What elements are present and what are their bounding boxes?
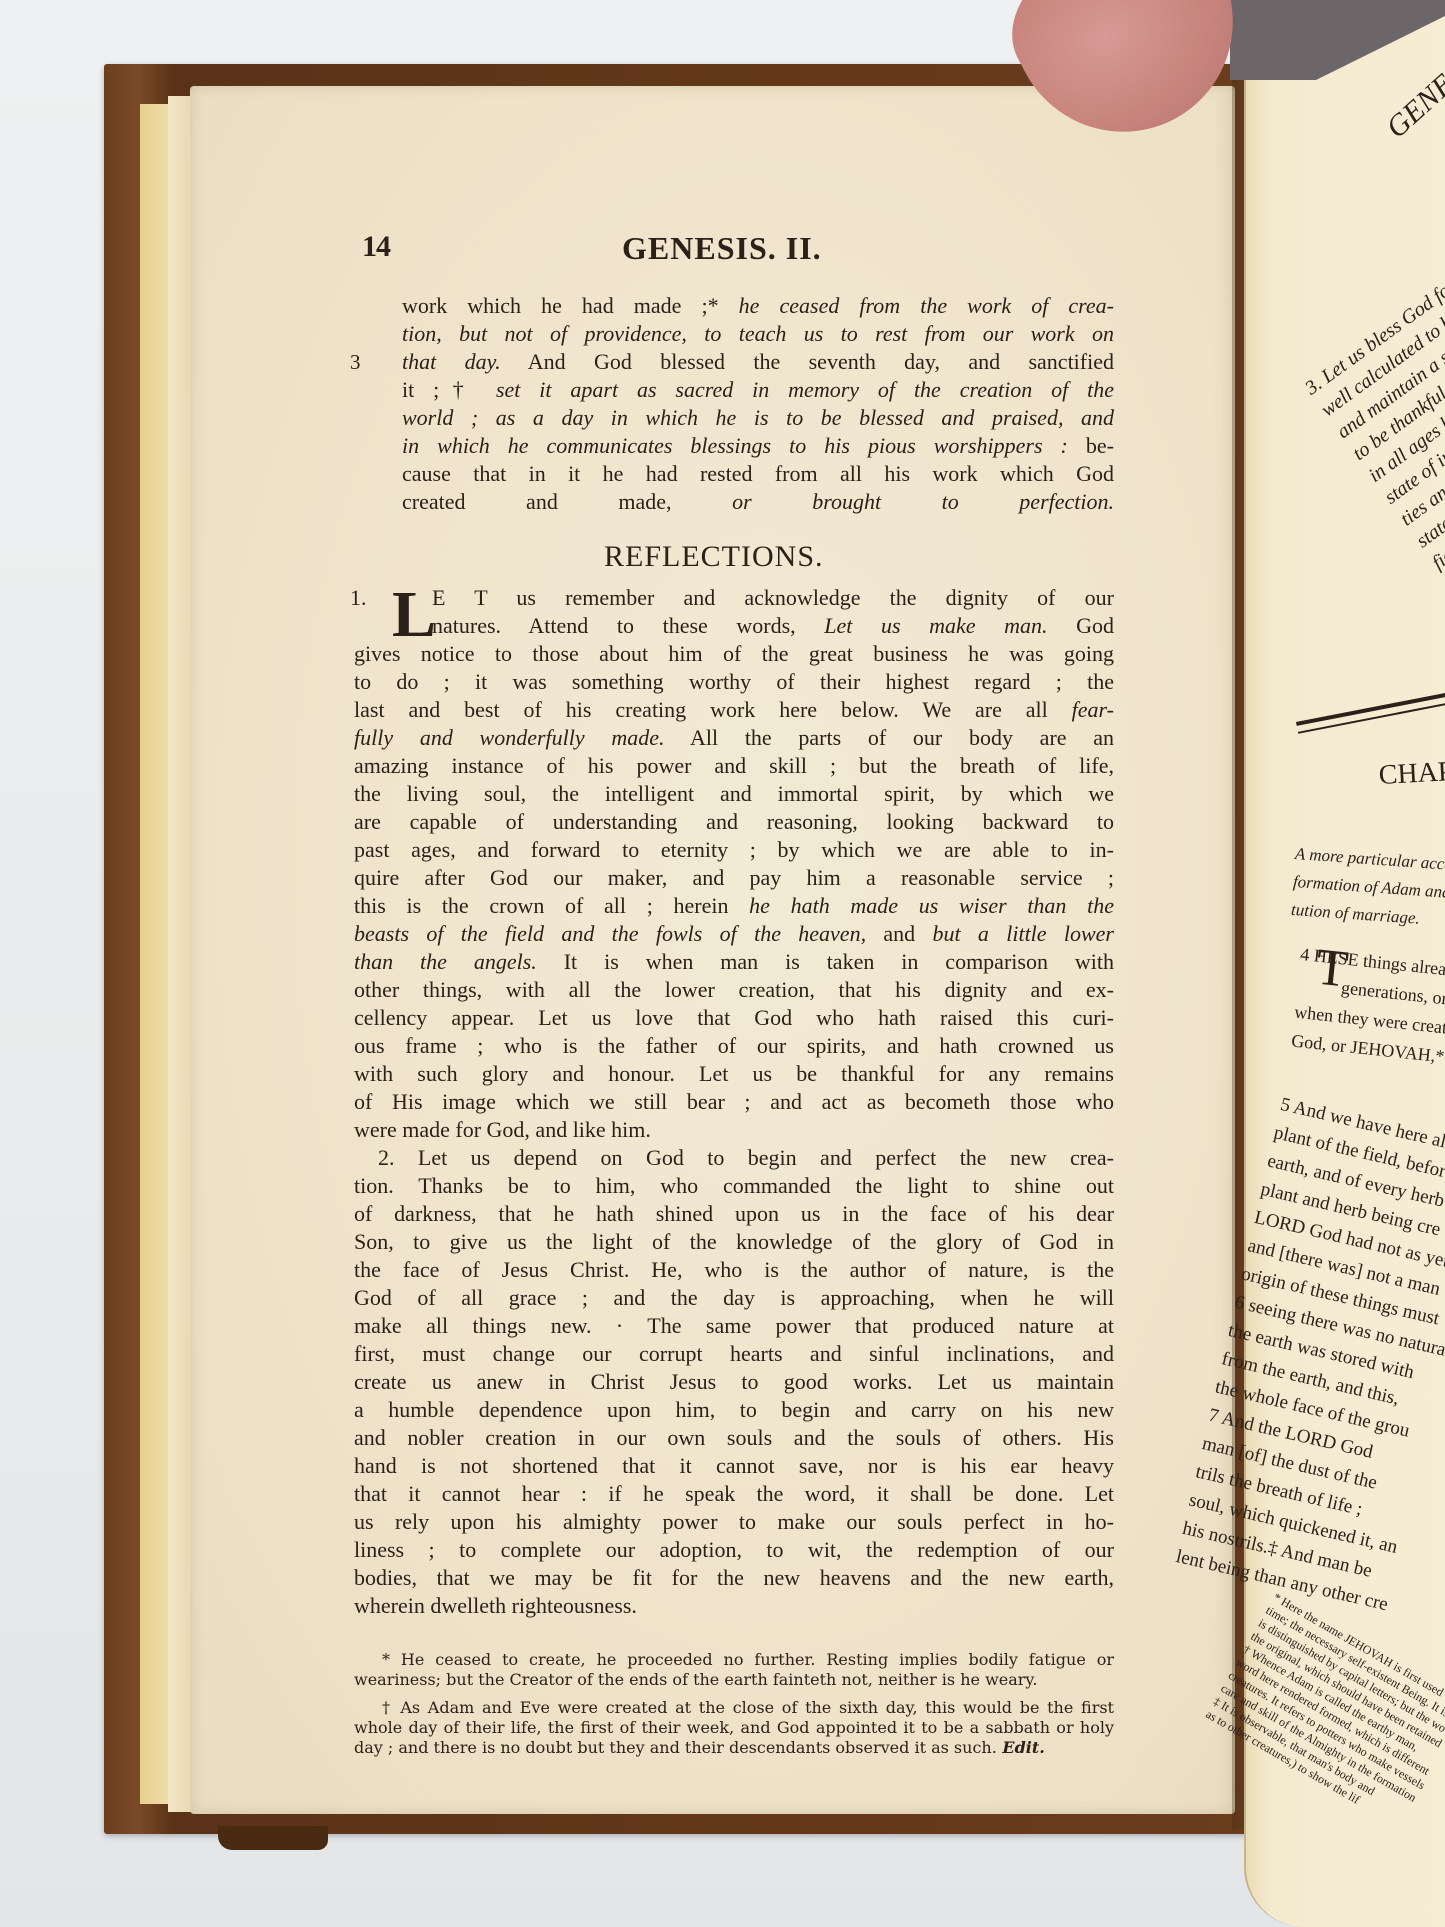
text-line: us rely upon his almighty power to make … [354, 1508, 1114, 1536]
footnote: * He ceased to create, he proceeded no f… [354, 1650, 1114, 1690]
text-run: ous frame ; who is the father of our spi… [354, 1033, 1114, 1058]
text-run: hand is not shortened that it cannot sav… [354, 1453, 1114, 1478]
italic-gloss: fully and wonderfully made. [354, 725, 665, 750]
text-line: Son, to give us the light of the knowled… [354, 1228, 1114, 1256]
text-run: and nobler creation in our own souls and… [354, 1425, 1114, 1450]
text-line: that it cannot hear : if he speak the wo… [354, 1480, 1114, 1508]
text-line: 3that day. And God blessed the seventh d… [402, 348, 1114, 376]
text-run: All the parts of our body are an [665, 725, 1115, 750]
footnote-text: He ceased to create, he proceeded no fur… [354, 1650, 1114, 1689]
text-line: of His image which we still bear ; and a… [354, 1088, 1114, 1116]
text-line: world ; as a day in which he is to be bl… [402, 404, 1114, 432]
text-line: make all things new. · The same power th… [354, 1312, 1114, 1340]
text-line: fully and wonderfully made. All the part… [354, 724, 1114, 752]
text-run: wherein dwelleth righteousness. [354, 1593, 637, 1618]
italic-gloss: or brought to perfection. [732, 489, 1114, 514]
text-line: bodies, that we may be fit for the new h… [354, 1564, 1114, 1592]
text-line: natures. Attend to these words, Let us m… [354, 612, 1114, 640]
text-line: other things, with all the lower creatio… [354, 976, 1114, 1004]
text-line: last and best of his creating work here … [354, 696, 1114, 724]
text-run: it ;† [402, 377, 496, 402]
text-run: tion. Thanks be to him, who commanded th… [354, 1173, 1114, 1198]
text-run: cellency appear. Let us love that God wh… [354, 1005, 1114, 1030]
footnote-signature: Edit. [997, 1738, 1045, 1757]
reflections-text: 1. L E T us remember and acknowledge the… [354, 584, 1114, 1620]
reflection-1-lines: E T us remember and acknowledge the dign… [354, 584, 1114, 1144]
reflections-heading: REFLECTIONS. [604, 540, 824, 574]
text-run: and [866, 921, 932, 946]
text-line: this is the crown of all ; herein he hat… [354, 892, 1114, 920]
text-line: a humble dependence upon him, to begin a… [354, 1396, 1114, 1424]
footnotes: * He ceased to create, he proceeded no f… [354, 1650, 1114, 1766]
footnote: † As Adam and Eve were created at the cl… [354, 1698, 1114, 1758]
text-run: past ages, and forward to eternity ; by … [354, 837, 1114, 862]
text-line: create us anew in Christ Jesus to good w… [354, 1368, 1114, 1396]
italic-gloss: he ceased from the work of crea- [739, 293, 1114, 318]
text-line: the living soul, the intelligent and imm… [354, 780, 1114, 808]
text-run: quire after God our maker, and pay him a… [354, 865, 1114, 890]
text-run: create us anew in Christ Jesus to good w… [354, 1369, 1114, 1394]
italic-gloss: set it apart as sacred in memory of the … [496, 377, 1114, 402]
text-line: gives notice to those about him of the g… [354, 640, 1114, 668]
text-run: E T us remember and acknowledge the dign… [432, 585, 1114, 610]
text-run: amazing instance of his power and skill … [354, 753, 1114, 778]
reflection-1: 1. L E T us remember and acknowledge the… [354, 584, 1114, 1144]
text-run: with such glory and honour. Let us be th… [354, 1061, 1114, 1086]
text-run: be- [1086, 433, 1114, 458]
italic-gloss: he hath made us wiser than the [749, 893, 1114, 918]
text-line: work which he had made ;* he ceased from… [402, 292, 1114, 320]
text-run: 2. Let us depend on God to begin and per… [378, 1145, 1114, 1170]
text-run: God of all grace ; and the day is approa… [354, 1285, 1114, 1310]
text-line: with such glory and honour. Let us be th… [354, 1060, 1114, 1088]
text-line: 2. Let us depend on God to begin and per… [354, 1144, 1114, 1172]
text-run: are capable of understanding and reasoni… [354, 809, 1114, 834]
scripture-text: work which he had made ;* he ceased from… [402, 292, 1114, 516]
italic-gloss: tion, but not of providence, to teach us… [402, 321, 1114, 346]
italic-gloss: than the angels. [354, 949, 537, 974]
text-line: hand is not shortened that it cannot sav… [354, 1452, 1114, 1480]
text-line: cellency appear. Let us love that God wh… [354, 1004, 1114, 1032]
italic-gloss: beasts of the field and the fowls of the… [354, 921, 866, 946]
italic-gloss: but a little lower [932, 921, 1114, 946]
footnote-mark: † [382, 1698, 400, 1717]
text-line: amazing instance of his power and skill … [354, 752, 1114, 780]
footnote-mark: * [382, 1650, 401, 1669]
text-run: this is the crown of all ; herein [354, 893, 749, 918]
text-run: Son, to give us the light of the knowled… [354, 1229, 1114, 1254]
text-run: other things, with all the lower creatio… [354, 977, 1114, 1002]
text-run: created and made, [402, 489, 732, 514]
italic-gloss: that day. [402, 349, 501, 374]
text-run: of His image which we still bear ; and a… [354, 1089, 1114, 1114]
text-line: ous frame ; who is the father of our spi… [354, 1032, 1114, 1060]
text-line: God of all grace ; and the day is approa… [354, 1284, 1114, 1312]
italic-gloss: world ; as a day in which he is to be bl… [402, 405, 1114, 430]
text-line: beasts of the field and the fowls of the… [354, 920, 1114, 948]
chapter-heading: CHAP. II [1378, 755, 1445, 792]
verse-4-text: 4 HESE things alreadgenerations, or orig… [1290, 940, 1445, 1075]
text-run: a humble dependence upon him, to begin a… [354, 1397, 1114, 1422]
text-line: wherein dwelleth righteousness. [354, 1592, 1114, 1620]
text-line: quire after God our maker, and pay him a… [354, 864, 1114, 892]
reflection-2: 2. Let us depend on God to begin and per… [354, 1144, 1114, 1620]
text-run: the face of Jesus Christ. He, who is the… [354, 1257, 1114, 1282]
italic-gloss: fear- [1072, 697, 1114, 722]
chapter-summary: A more particular account offormation of… [1290, 840, 1445, 938]
text-run: that it cannot hear : if he speak the wo… [354, 1481, 1114, 1506]
text-run: us rely upon his almighty power to make … [354, 1509, 1114, 1534]
text-run: to do ; it was something worthy of their… [354, 669, 1114, 694]
text-line: were made for God, and like him. [354, 1116, 1114, 1144]
running-head: GENESIS. II. [622, 230, 822, 267]
text-run: were made for God, and like him. [354, 1117, 651, 1142]
text-run: natures. Attend to these words, [432, 613, 824, 638]
text-run: the living soul, the intelligent and imm… [354, 781, 1114, 806]
text-line: of darkness, that he hath shined upon us… [354, 1200, 1114, 1228]
text-line: past ages, and forward to eternity ; by … [354, 836, 1114, 864]
text-run: first, must change our corrupt hearts an… [354, 1341, 1114, 1366]
cover-torn-edge [218, 1826, 328, 1850]
text-run: And God blessed the seventh day, and san… [501, 349, 1114, 374]
page-number: 14 [362, 230, 390, 264]
verse-number: 3 [350, 348, 361, 376]
text-line: are capable of understanding and reasoni… [354, 808, 1114, 836]
text-run: cause that in it he had rested from all … [402, 461, 1114, 486]
text-line: E T us remember and acknowledge the dign… [354, 584, 1114, 612]
text-line: it ;† set it apart as sacred in memory o… [402, 376, 1114, 404]
text-line: liness ; to complete our adoption, to wi… [354, 1536, 1114, 1564]
text-run: bodies, that we may be fit for the new h… [354, 1565, 1114, 1590]
text-line: cause that in it he had rested from all … [402, 460, 1114, 488]
text-run: of darkness, that he hath shined upon us… [354, 1201, 1114, 1226]
text-run: It is when man is taken in comparison wi… [537, 949, 1114, 974]
text-line: in which he communicates blessings to hi… [402, 432, 1114, 460]
text-line: than the angels. It is when man is taken… [354, 948, 1114, 976]
text-line: the face of Jesus Christ. He, who is the… [354, 1256, 1114, 1284]
italic-gloss: Let us make man. [824, 613, 1047, 638]
text-line: tion, but not of providence, to teach us… [402, 320, 1114, 348]
italic-gloss: in which he communicates blessings to hi… [402, 433, 1086, 458]
text-run: last and best of his creating work here … [354, 697, 1072, 722]
text-line: tion. Thanks be to him, who commanded th… [354, 1172, 1114, 1200]
text-line: created and made, or brought to perfecti… [402, 488, 1114, 516]
text-line: to do ; it was something worthy of their… [354, 668, 1114, 696]
text-run: liness ; to complete our adoption, to wi… [354, 1537, 1114, 1562]
text-run: make all things new. · The same power th… [354, 1313, 1114, 1338]
text-line: first, must change our corrupt hearts an… [354, 1340, 1114, 1368]
text-run: God [1048, 613, 1114, 638]
text-run: gives notice to those about him of the g… [354, 641, 1114, 666]
text-line: and nobler creation in our own souls and… [354, 1424, 1114, 1452]
text-run: work which he had made ;* [402, 293, 739, 318]
